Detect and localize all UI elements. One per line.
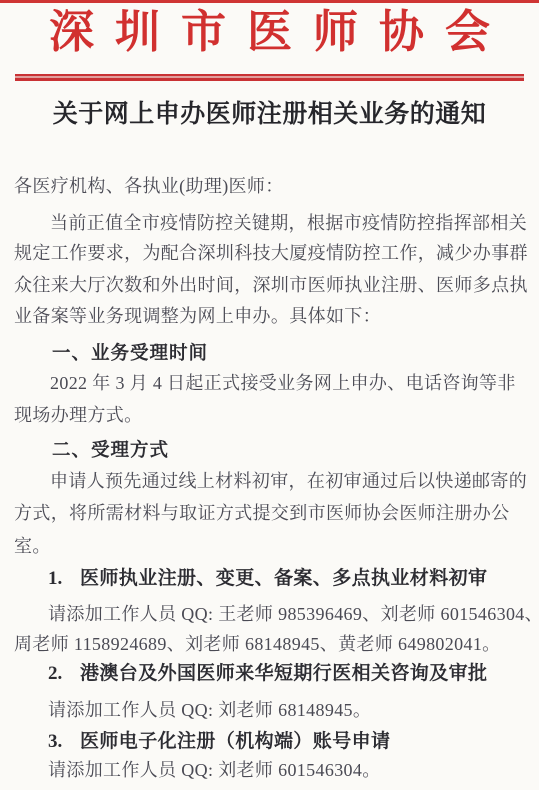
intro-paragraph-line-4: 业备案等业务现调整为网上申办。具体如下： (14, 304, 381, 328)
section-1-line-2: 现场办理方式。 (14, 403, 142, 427)
item-2-number: 2. (48, 662, 80, 686)
notice-document: 深圳市医师协会 关于网上申办医师注册相关业务的通知 各医疗机构、各执业(助理)医… (0, 0, 539, 790)
section-1-heading: 一、业务受理时间 (52, 341, 208, 365)
item-2-title: 港澳台及外国医师来华短期行医相关咨询及审批 (80, 663, 487, 684)
salutation-line: 各医疗机构、各执业(助理)医师： (14, 174, 284, 198)
item-1-heading: 1.医师执业注册、变更、备案、多点执业材料初审 (48, 567, 487, 591)
section-2-line-3: 室。 (14, 534, 51, 558)
top-border-rule (0, 0, 539, 3)
section-2-heading: 二、受理方式 (52, 438, 169, 462)
item-3-contact-line-1: 请添加工作人员 QQ: 刘老师 601546304。 (48, 758, 381, 782)
section-2-line-1: 申请人预先通过线上材料初审，在初审通过后以快递邮寄的 (50, 469, 527, 493)
section-2-line-2: 方式，将所需材料与取证方式提交到市医师协会医师注册办公 (14, 501, 509, 525)
item-1-number: 1. (48, 567, 80, 591)
intro-paragraph-line-2: 规定工作要求，为配合深圳科技大厦疫情防控工作，减少办事群 (14, 241, 528, 265)
notice-title: 关于网上申办医师注册相关业务的通知 (0, 98, 539, 132)
section-1-line-1: 2022 年 3 月 4 日起正式接受业务网上申办、电话咨询等非 (50, 371, 516, 395)
item-3-number: 3. (48, 730, 80, 754)
item-1-contact-line-2: 周老师 1158924689、刘老师 68148945、黄老师 64980204… (14, 632, 501, 656)
item-2-contact-line-1: 请添加工作人员 QQ: 刘老师 68148945。 (48, 698, 371, 722)
item-1-contact-line-1: 请添加工作人员 QQ: 王老师 985396469、刘老师 601546304、 (48, 602, 539, 626)
item-3-title: 医师电子化注册（机构端）账号申请 (80, 731, 390, 752)
intro-paragraph-line-3: 众往来大厅次数和外出时间，深圳市医师执业注册、医师多点执 (14, 273, 528, 297)
intro-paragraph-line-1: 当前正值全市疫情防控关键期，根据市疫情防控指挥部相关 (50, 211, 527, 235)
item-3-heading: 3.医师电子化注册（机构端）账号申请 (48, 730, 390, 754)
item-2-heading: 2.港澳台及外国医师来华短期行医相关咨询及审批 (48, 662, 487, 686)
org-name-heading: 深圳市医师协会 (0, 4, 539, 60)
item-1-title: 医师执业注册、变更、备案、多点执业材料初审 (80, 568, 487, 589)
header-divider-rule (15, 74, 524, 81)
